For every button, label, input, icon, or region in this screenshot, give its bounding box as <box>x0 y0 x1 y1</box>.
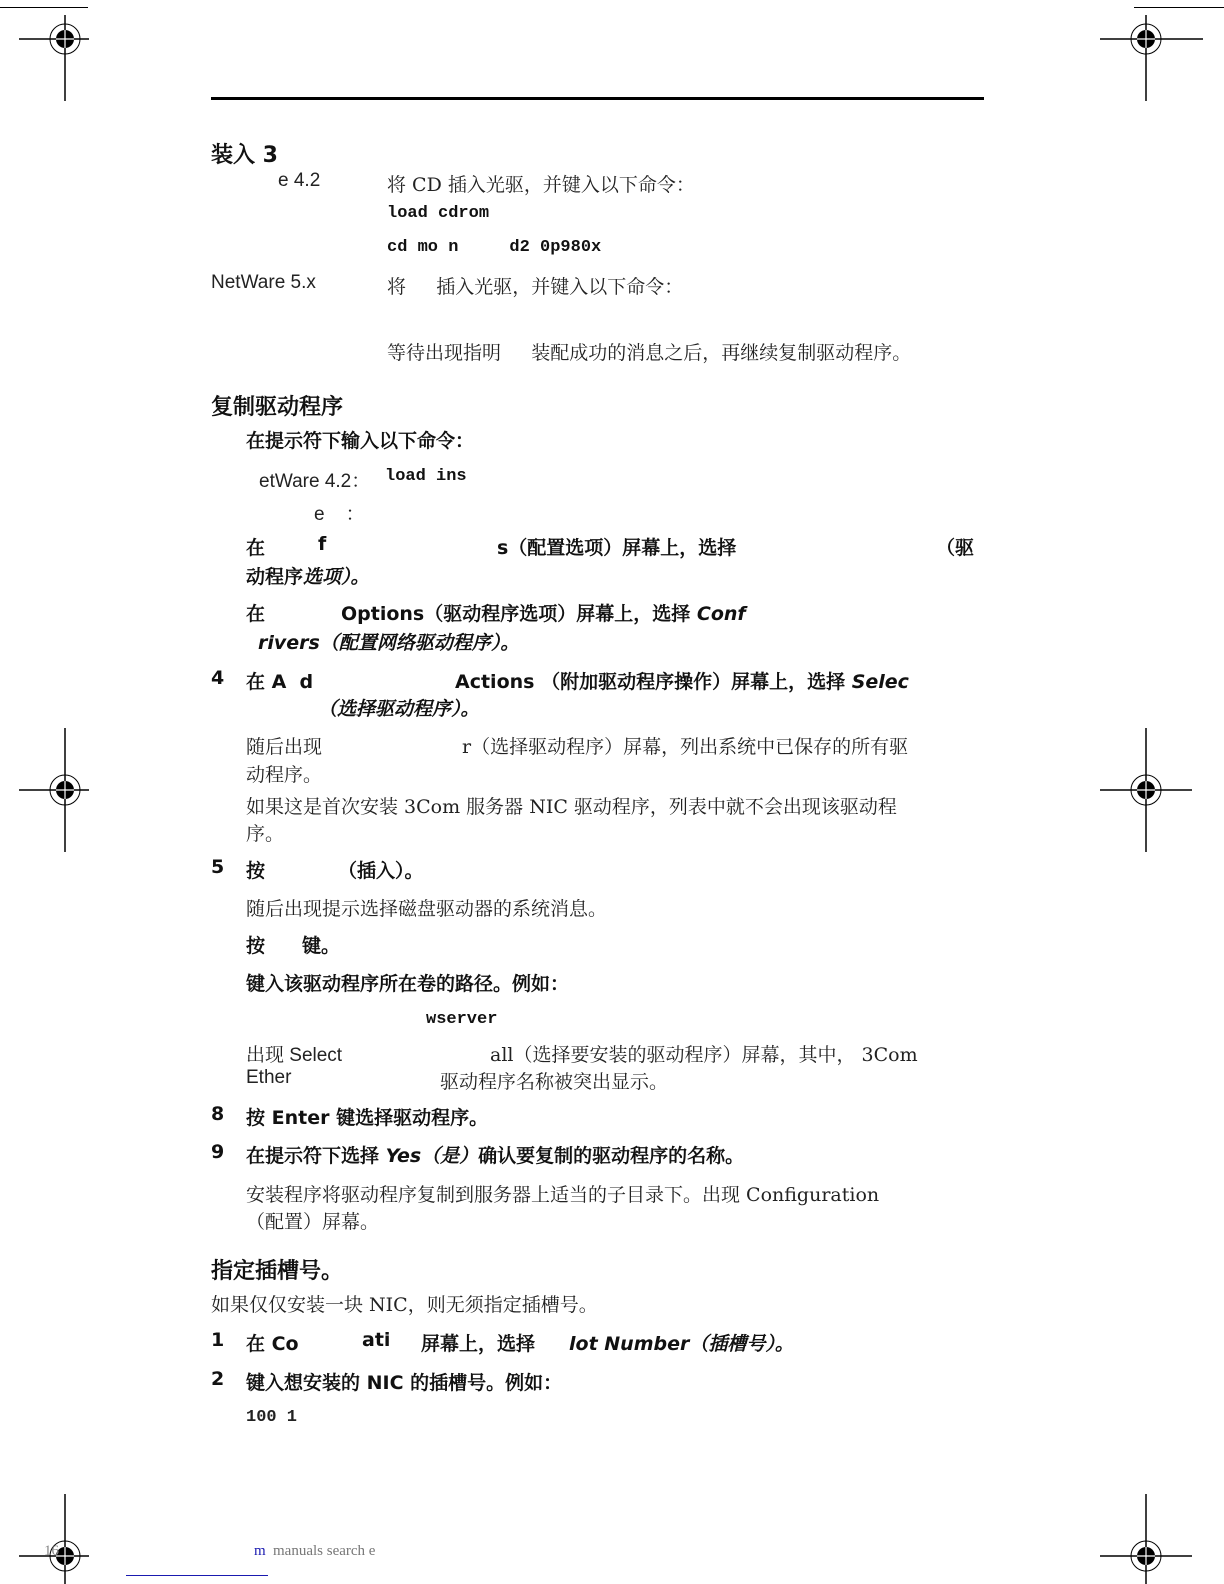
step-text: 在 <box>246 599 265 626</box>
step-text: 键入想安装的 NIC 的插槽号。例如： <box>246 1368 562 1395</box>
row-text: 等待出现指明 装配成功的消息之后，再继续复制驱动程序。 <box>387 338 911 365</box>
step-text-italic: Yes（是） <box>386 1145 479 1167</box>
step-text: 屏幕上，选择 <box>421 1329 535 1356</box>
step-text: 键。 <box>302 931 340 958</box>
crop-line-top-right <box>1134 7 1224 8</box>
step-number: 9 <box>211 1141 224 1163</box>
note-text: 驱动程序名称被突出显示。 <box>440 1067 668 1094</box>
header-rule <box>211 97 984 100</box>
page-number: 16 <box>44 1543 59 1560</box>
row-text: 将 CD 插入光驱，并键入以下命令： <box>387 170 695 197</box>
note-text: Ether <box>246 1067 291 1089</box>
step-text-part: Options（驱动程序选项）屏幕上，选择 <box>341 603 690 625</box>
step-text-part: 确认要复制的驱动程序的名称。 <box>478 1145 744 1167</box>
step-text: 在 <box>246 533 265 560</box>
section-title-slot: 指定插槽号。 <box>211 1254 343 1285</box>
row-label: e 4.2 <box>278 170 320 192</box>
step-text: 按 <box>246 856 265 883</box>
step-text: f <box>318 533 326 555</box>
step-text-italic: rivers（配置网络驱动程序）。 <box>258 628 519 655</box>
registration-mark-icon <box>19 1494 91 1584</box>
step-text-part: 在提示符下选择 <box>246 1145 379 1167</box>
step-text: 在提示符下输入以下命令： <box>246 426 474 453</box>
note-text: 安装程序将驱动程序复制到服务器上适当的子目录下。出现 Configuration <box>246 1180 879 1207</box>
step-text-italic: （选择驱动程序）。 <box>318 694 480 721</box>
section-title-load: 装入 3 <box>211 138 278 169</box>
step-text-italic: lot Number（插槽号）。 <box>569 1329 794 1356</box>
note-text: 随后出现 <box>246 732 322 759</box>
note-text: 动程序。 <box>246 760 322 787</box>
registration-mark-icon <box>1100 728 1204 852</box>
step-text-italic: Conf <box>697 603 746 625</box>
footer-link[interactable]: m <box>254 1543 266 1560</box>
footer-link-underline <box>126 1575 268 1576</box>
note-text: 序。 <box>246 819 284 846</box>
step-text-italic: 选项）。 <box>303 566 370 588</box>
note-text: 出现 Select <box>246 1040 342 1067</box>
step-text: Options（驱动程序选项）屏幕上，选择 Conf <box>341 599 746 626</box>
note-text: 如果这是首次安装 3Com 服务器 NIC 驱动程序，列表中就不会出现该驱动程 <box>246 792 897 819</box>
footer-text: manuals search e <box>273 1543 375 1560</box>
step-text: 在 A d <box>246 667 313 694</box>
step-number: 8 <box>211 1103 224 1125</box>
row-text: 将 插入光驱，并键入以下命令： <box>387 272 683 299</box>
step-text-part: 动程序 <box>246 566 303 588</box>
note-text: （配置）屏幕。 <box>246 1207 379 1234</box>
step-text: （插入）。 <box>338 856 424 883</box>
step-number: 4 <box>211 667 224 689</box>
step-text: （驱 <box>936 533 974 560</box>
section-title-copy: 复制驱动程序 <box>211 390 343 421</box>
registration-mark-icon <box>1100 1494 1204 1584</box>
code-line: cd mo n d2 0p980x <box>387 238 601 257</box>
row-label: NetWare 5.x <box>211 272 316 294</box>
code-line: load ins <box>385 467 467 486</box>
step-text: ati <box>362 1329 390 1351</box>
step-number: 1 <box>211 1329 224 1351</box>
intro-text: 如果仅仅安装一块 NIC，则无须指定插槽号。 <box>211 1290 598 1317</box>
crop-line-top-left <box>0 7 88 8</box>
step-text: 键入该驱动程序所在卷的路径。例如： <box>246 969 569 996</box>
step-label: e ： <box>314 499 365 526</box>
step-text: 按 Enter 键选择驱动程序。 <box>246 1103 488 1130</box>
step-text: 动程序选项）。 <box>246 562 370 589</box>
step-text: s（配置选项）屏幕上，选择 <box>497 533 736 560</box>
registration-mark-icon <box>19 15 91 101</box>
step-number: 5 <box>211 856 224 878</box>
step-text-part: Actions （附加驱动程序操作）屏幕上，选择 <box>455 671 845 693</box>
step-text: 在 Co <box>246 1329 299 1356</box>
code-line: load cdrom <box>387 204 489 223</box>
code-line: 100 1 <box>246 1408 297 1427</box>
registration-mark-icon <box>19 728 91 852</box>
code-line: wserver <box>426 1010 497 1029</box>
step-text: 在提示符下选择 Yes（是）确认要复制的驱动程序的名称。 <box>246 1141 744 1168</box>
step-label: etWare 4.2： <box>259 466 370 493</box>
step-number: 2 <box>211 1368 224 1390</box>
step-text-italic: Selec <box>852 671 909 693</box>
note-text: 随后出现提示选择磁盘驱动器的系统消息。 <box>246 894 607 921</box>
step-text: Actions （附加驱动程序操作）屏幕上，选择 Selec <box>455 667 909 694</box>
note-text: r（选择驱动程序）屏幕，列出系统中已保存的所有驱 <box>462 732 908 759</box>
registration-mark-icon <box>1100 15 1204 101</box>
step-text: 按 <box>246 931 265 958</box>
note-text: all（选择要安装的驱动程序）屏幕，其中， 3Com <box>490 1040 918 1067</box>
